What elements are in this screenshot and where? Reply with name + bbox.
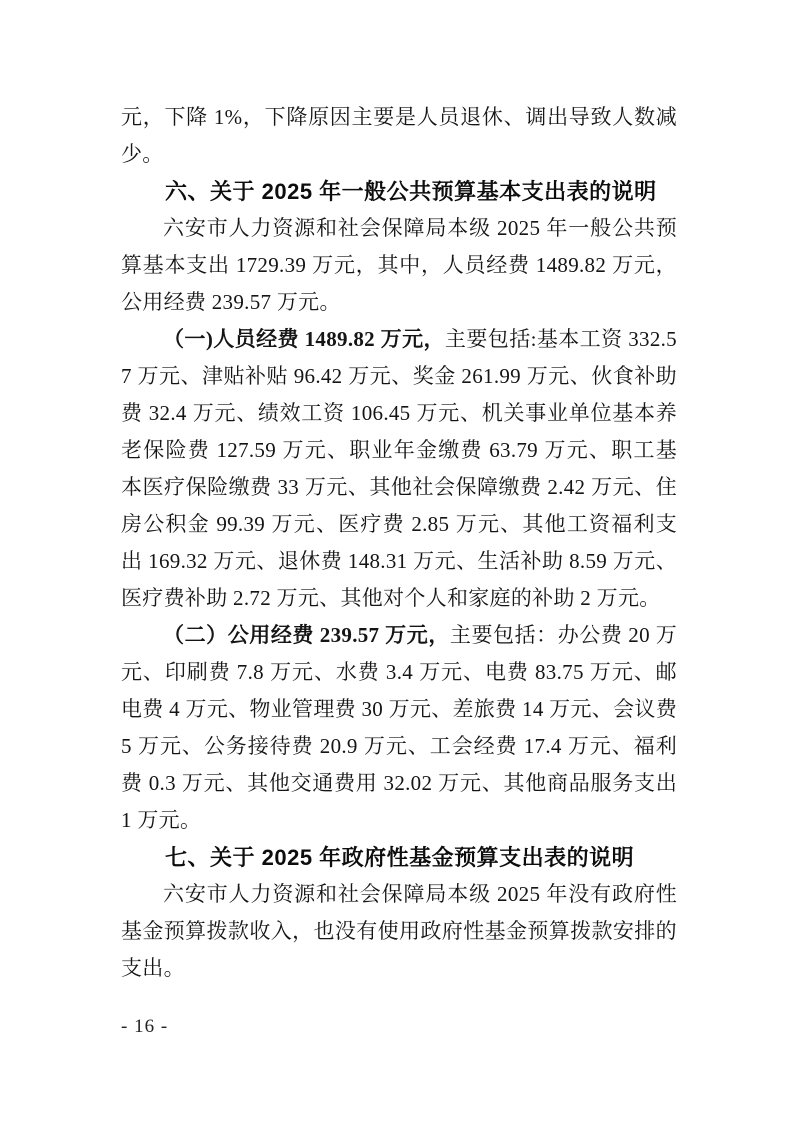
- paragraph-basic-expenditure-total: 六安市人力资源和社会保障局本级 2025 年一般公共预算基本支出 1729.39…: [121, 210, 677, 321]
- section-heading-six: 六、关于 2025 年一般公共预算基本支出表的说明: [121, 173, 677, 210]
- public-funds-detail-text: 主要包括：办公费 20 万元、印刷费 7.8 万元、水费 3.4 万元、电费 8…: [121, 623, 677, 832]
- paragraph-government-fund: 六安市人力资源和社会保障局本级 2025 年没有政府性基金预算拨款收入，也没有使…: [121, 876, 677, 987]
- paragraph-personnel-funds: （一)人员经费 1489.82 万元，主要包括:基本工资 332.57 万元、津…: [121, 321, 677, 617]
- document-page: 元，下降 1%，下降原因主要是人员退休、调出导致人数减少。 六、关于 2025 …: [0, 0, 793, 1122]
- public-funds-bold-lead: （二）公用经费 239.57 万元，: [163, 623, 450, 647]
- page-content: 元，下降 1%，下降原因主要是人员退休、调出导致人数减少。 六、关于 2025 …: [121, 99, 677, 987]
- personnel-funds-detail-text: 主要包括:基本工资 332.57 万元、津贴补贴 96.42 万元、奖金 261…: [121, 327, 677, 610]
- personnel-funds-bold-lead: （一)人员经费 1489.82 万元，: [163, 327, 445, 351]
- page-number: - 16 -: [121, 1013, 168, 1041]
- paragraph-continuation: 元，下降 1%，下降原因主要是人员退休、调出导致人数减少。: [121, 99, 677, 173]
- paragraph-public-funds: （二）公用经费 239.57 万元，主要包括：办公费 20 万元、印刷费 7.8…: [121, 617, 677, 839]
- section-heading-seven: 七、关于 2025 年政府性基金预算支出表的说明: [121, 839, 677, 876]
